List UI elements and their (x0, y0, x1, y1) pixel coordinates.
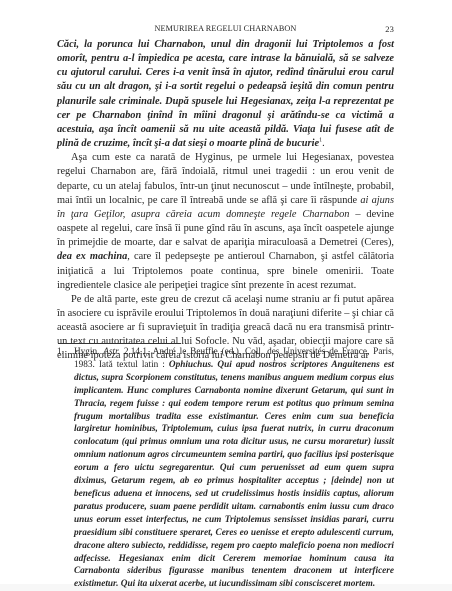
footnote-1: 1. Hygin. Astr. 2.14.1, André le Beuffle… (57, 346, 394, 584)
footnote-text: Hygin. Astr. 2.14.1, André le Beuffle (e… (74, 346, 394, 584)
footnote-number: 1. (57, 346, 74, 584)
text-run: Hygin. (74, 347, 103, 357)
quoted-passage: Căci, la porunca lui Charnabon, unul din… (57, 39, 394, 149)
running-header: NEMURIREA REGELUI CHARNABON 23 (57, 24, 394, 38)
running-title: NEMURIREA REGELUI CHARNABON (57, 24, 394, 33)
footnotes: 1. Hygin. Astr. 2.14.1, André le Beuffle… (57, 346, 394, 584)
main-text: Căci, la porunca lui Charnabon, unul din… (57, 38, 394, 364)
italic-abbrev: Astr. (103, 347, 120, 357)
bold-italic-term: dea ex machina (57, 251, 127, 262)
book-page: NEMURIREA REGELUI CHARNABON 23 Căci, la … (0, 0, 452, 584)
footnote-separator (58, 343, 181, 344)
paragraph-1: Căci, la porunca lui Charnabon, unul din… (57, 38, 394, 151)
sentence-end: . (322, 138, 325, 149)
page-number: 23 (385, 24, 394, 34)
paragraph-2: Aşa cum este ca narată de Hyginus, pe ur… (57, 151, 394, 293)
latin-quote: Ophiuchus. Qui apud nostros scriptores A… (74, 360, 394, 584)
text-run: Aşa cum este ca narată de Hyginus, pe ur… (57, 152, 394, 205)
